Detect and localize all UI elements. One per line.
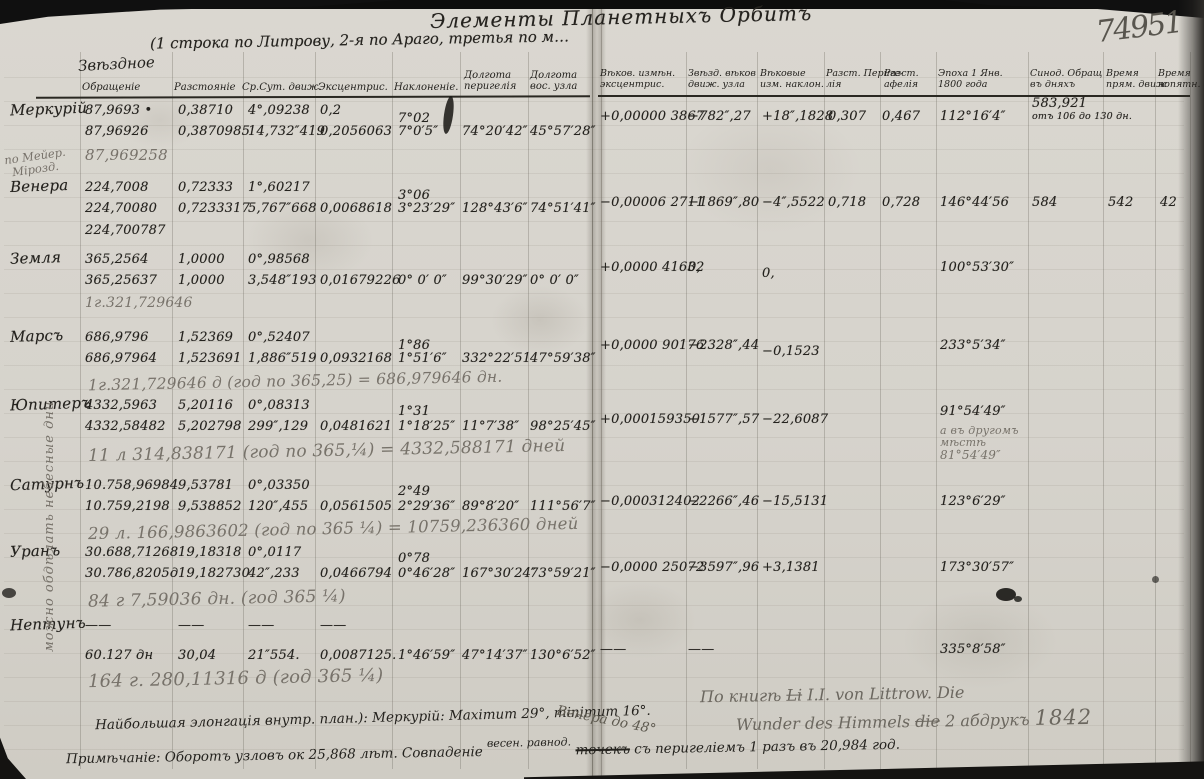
header-line: Синод. Обращ [1030, 68, 1102, 79]
column-header-inclination: Наклоненіе. [394, 82, 458, 93]
header-underline-right [598, 95, 1190, 97]
header-line: Время [1158, 68, 1204, 79]
period-computation-note: 1г.321,729646 д (год по 365,25) = 686,97… [88, 368, 503, 395]
sidereal-period-1: 4332,5963 [85, 398, 157, 413]
header-line: Долгота [530, 70, 577, 81]
sidereal-period-2: 224,70080 [85, 201, 157, 216]
perihelion-longitude: 128°43′6″ [462, 201, 528, 216]
column-header-node-motion: Звѣзд. вѣковдвиж. узла [688, 68, 756, 90]
distance-1: 5,20116 [178, 398, 233, 413]
eccentricity-2: 0,0087125. [320, 648, 396, 663]
source-text: По книгѣ [700, 686, 782, 706]
secular-inclination: 0, [762, 266, 775, 281]
daily-motion-1: 1°,60217 [248, 180, 310, 195]
column-header-daily-motion: Ср.Сут. движ. [242, 82, 322, 93]
ink-blot [996, 588, 1016, 601]
note-text: съ перигеліемъ 1 разъ въ 20,984 год. [634, 737, 900, 758]
daily-motion-2: 3,548″193 [248, 273, 317, 288]
sidereal-period-1: 686,9796 [85, 330, 149, 345]
header-underline-left [36, 95, 590, 98]
header-line: Вѣков. измѣн. [600, 68, 675, 79]
sidereal-period-3: 1г.321,729646 [85, 295, 193, 311]
planet-name: Венера [10, 176, 69, 196]
daily-motion-2: 120″,455 [248, 499, 308, 514]
note-text: Примѣчаніе: Оборотъ узловъ ок 25,868 лѣт… [66, 744, 483, 767]
header-line: Обращеніе [82, 82, 140, 93]
header-line: афелія [884, 79, 919, 90]
source-text: 2 абдрукъ [945, 710, 1030, 730]
node-longitude: 0° 0′ 0″ [530, 273, 579, 288]
perihelion-longitude: 11°7′38″ [462, 419, 519, 434]
ink-blot [1152, 576, 1159, 583]
distance-2: 1,523691 [178, 351, 242, 366]
node-longitude: 74°51′41″ [530, 201, 596, 216]
inclination-1: 2°49 [398, 484, 430, 499]
inclination-1: 0°78 [398, 551, 430, 566]
distance-2: 19,182730 [178, 566, 250, 581]
daily-motion-2: 42″,233 [248, 566, 300, 581]
sidereal-period-1: 30.688,71268 [85, 545, 178, 560]
inclination-2: 1°51′6″ [398, 351, 447, 366]
eccentricity-2: 0,2056063 [320, 124, 392, 139]
scan-edge-bottom-left [0, 733, 26, 779]
header-line: Ср.Сут. движ. [242, 82, 322, 93]
header-line: Вѣковые [760, 68, 824, 79]
eccentricity-2: 0,0466794 [320, 566, 392, 581]
period-computation-note: 29 л. 166,9863602 (год по 365 ¼) = 10759… [88, 514, 579, 543]
secular-inclination: +3,1381 [762, 560, 820, 575]
inclination-2: 0° 0′ 0″ [398, 273, 447, 288]
distance-1: 19,18318 [178, 545, 242, 560]
node-motion: —— [688, 642, 714, 657]
column-header-epoch: Эпоха 1 Янв.1800 года [938, 68, 1003, 90]
node-longitude: 47°59′38″ [530, 351, 596, 366]
sidereal-period-2: 87,96926 [85, 124, 149, 139]
sidereal-period-1: —— [85, 618, 111, 633]
ink-blot [2, 588, 16, 598]
eccentricity-2: 0,0481621 [320, 419, 392, 434]
epoch-alt-value: 81°54′49″ [940, 448, 1001, 462]
source-strikethrough: die [915, 712, 940, 731]
column-header-synodic: Синод. Обращвъ дняхъ [1030, 68, 1102, 90]
scan-edge-bottom-right [524, 757, 1204, 779]
secular-inclination: −15,5131 [762, 494, 828, 509]
source-text: Wunder des Himmels [736, 712, 910, 734]
sidereal-period-1: 87,9693 • [85, 103, 152, 118]
column-header-secular-eccentricity: Вѣков. измѣн.эксцентрис. [600, 68, 675, 90]
node-motion: 0, [688, 260, 701, 275]
header-line: эксцентрис. [600, 79, 675, 90]
perihelion-distance: 0,718 [828, 195, 866, 210]
note-strikethrough: точекъ [575, 741, 630, 758]
epoch-1800: 123°6′29″ [940, 494, 1006, 509]
daily-motion-1: 0°,08313 [248, 398, 310, 413]
epoch-1800: 233°5′34″ [940, 338, 1006, 353]
eccentricity-2: 0,0068618 [320, 201, 392, 216]
note-superscript: весен. равнод. [487, 735, 571, 749]
column-header-secular-inclination: Вѣковыеизм. наклон. [760, 68, 824, 90]
inclination-2: 1°46′59″ [398, 648, 455, 663]
retrograde-motion-time: 42 [1160, 195, 1177, 210]
source-strikethrough: Li [786, 686, 802, 705]
node-longitude: 111°56′7″ [530, 499, 596, 514]
daily-motion-1: 0°,03350 [248, 478, 310, 493]
synodic-period-1: 583,921 [1032, 96, 1087, 111]
distance-2: 0,3870985 [178, 124, 250, 139]
distance-1: 1,52369 [178, 330, 233, 345]
sidereal-period-1: 365,2564 [85, 252, 149, 267]
page-number: 74951 [1094, 5, 1183, 50]
synodic-period-1: 584 [1032, 195, 1057, 210]
daily-motion-2: 1,886″519 [248, 351, 317, 366]
epoch-1800: 100°53′30″ [940, 260, 1014, 275]
node-longitude: 130°6′52″ [530, 648, 596, 663]
sidereal-period-1: 10.758,96984 [85, 478, 178, 493]
node-longitude: 98°25′45″ [530, 419, 596, 434]
scan-edge-right [1178, 0, 1204, 779]
precession-note: Примѣчаніе: Оборотъ узловъ ок 25,868 лѣт… [66, 737, 900, 768]
header-line: Звѣзд. вѣков [688, 68, 756, 79]
column-header-sidereal-big: Звѣздное [78, 53, 156, 75]
sidereal-period-2: 686,97964 [85, 351, 157, 366]
secular-inclination: +18″,1828 [762, 109, 833, 124]
source-reference-line1: По книгѣ Li І.І. von Littrow. Die [700, 683, 965, 707]
daily-motion-1: 0°,52407 [248, 330, 310, 345]
sidereal-period-1: 224,7008 [85, 180, 149, 195]
column-header-aphelion-distance: Разст.афелія [884, 68, 919, 90]
daily-motion-2: 14,732″419 [248, 124, 325, 139]
epoch-1800: 112°16′4″ [940, 109, 1006, 124]
secular-eccentricity: −0,000312402 [600, 494, 700, 509]
header-line: Разст. [884, 68, 919, 79]
period-computation-note: 84 г 7,59036 дн. (год 365 ¼) [88, 586, 346, 611]
distance-1: —— [178, 618, 204, 633]
source-text: І.І. von Littrow. Die [807, 683, 965, 705]
header-line: вос. узла [530, 81, 577, 92]
secular-inclination: −22,6087 [762, 412, 828, 427]
secular-inclination: −0,1523 [762, 344, 820, 359]
secular-inclination: −4″,5522 [762, 195, 825, 210]
node-longitude: 45°57′28″ [530, 124, 596, 139]
daily-motion-2: 5,767″668 [248, 201, 317, 216]
distance-2: 1,0000 [178, 273, 225, 288]
node-motion: −1577″,57 [688, 412, 759, 427]
column-header-eccentricity: Эксцентрис. [318, 82, 388, 93]
header-line: Наклоненіе. [394, 82, 458, 93]
distance-2: 0,7233317 [178, 201, 250, 216]
epoch-1800: 91°54′49″ [940, 404, 1006, 419]
scan-edge-top-left [0, 0, 400, 24]
perihelion-longitude: 332°22′51 [462, 351, 531, 366]
epoch-1800: 335°8′58″ [940, 642, 1006, 657]
column-header-retrograde-time: Времяпопятн. дв. [1158, 68, 1204, 90]
planet-name: Марсъ [10, 326, 64, 346]
header-line: Долгота [464, 70, 516, 81]
perihelion-longitude: 89°8′20″ [462, 499, 519, 514]
perihelion-longitude: 99°30′29″ [462, 273, 528, 288]
header-line: перигелія [464, 81, 516, 92]
column-header-sidereal: Обращеніе [82, 82, 140, 93]
inclination-2: 7°0′5″ [398, 124, 438, 139]
perihelion-longitude: 47°14′37″ [462, 648, 528, 663]
node-motion: −3597″,96 [688, 560, 759, 575]
source-reference-line2: Wunder des Himmels die 2 абдрукъ 1842 [736, 705, 1092, 735]
daily-motion-2: 299″,129 [248, 419, 308, 434]
planet-name: Меркурій [10, 99, 88, 120]
distance-1: 0,38710 [178, 103, 233, 118]
perihelion-distance: 0,307 [828, 109, 866, 124]
header-line: 1800 года [938, 79, 1003, 90]
period-computation-note: 11 л 314,838171 (год по 365,¼) = 4332,58… [88, 436, 566, 466]
perihelion-longitude: 167°30′24″ [462, 566, 536, 581]
node-motion: −2328″,44 [688, 338, 759, 353]
header-line: попятн. дв. [1158, 79, 1204, 90]
inclination-2: 1°18′25″ [398, 419, 455, 434]
secular-eccentricity: —— [600, 642, 626, 657]
eccentricity-2: 0,0932168 [320, 351, 392, 366]
sidereal-period-2: 365,25637 [85, 273, 157, 288]
sidereal-period-2: 30.786,8205д [85, 566, 178, 581]
ink-blot [1014, 596, 1022, 602]
header-line: изм. наклон. [760, 79, 824, 90]
eccentricity-1: 0,2 [320, 103, 341, 118]
sidereal-period-2: 60.127 дн [85, 648, 153, 663]
node-motion: −782″,27 [688, 109, 751, 124]
daily-motion-1: —— [248, 618, 274, 633]
margin-vertical-note: можно обдѣлать небесные дни [42, 372, 57, 652]
daily-motion-1: 0°,0117 [248, 545, 301, 560]
page-subtitle: (1 строка по Литрову, 2-я по Араго, трет… [150, 27, 569, 52]
period-computation-note: 164 г. 280,11316 д (год 365 ¼) [88, 665, 384, 692]
synodic-period-2: отъ 106 до 130 дн. [1032, 111, 1132, 122]
daily-motion-1: 4°,09238 [248, 103, 310, 118]
node-motion: −1869″,80 [688, 195, 759, 210]
distance-1: 1,0000 [178, 252, 225, 267]
header-line: Разстояніе [174, 82, 236, 93]
node-motion: −2266″,46 [688, 494, 759, 509]
eccentricity-2: 0,0561505 [320, 499, 392, 514]
header-line: движ. узла [688, 79, 756, 90]
ink-blot [441, 96, 455, 135]
distance-2: 5,202798 [178, 419, 242, 434]
eccentricity-1: —— [320, 618, 346, 633]
node-longitude: 73°59′21″ [530, 566, 596, 581]
direct-motion-time: 542 [1108, 195, 1133, 210]
sidereal-period-2: 10.759,2198 [85, 499, 170, 514]
epoch-1800: 173°30′57″ [940, 560, 1014, 575]
epoch-1800: 146°44′56 [940, 195, 1009, 210]
distance-1: 9,53781 [178, 478, 233, 493]
header-line: Эпоха 1 Янв. [938, 68, 1003, 79]
daily-motion-2: 21″554. [248, 648, 300, 663]
inclination-1: 1°31 [398, 404, 430, 419]
column-header-node-longitude: Долготавос. узла [530, 70, 577, 92]
column-header-distance: Разстояніе [174, 82, 236, 93]
perihelion-longitude: 74°20′42″ [462, 124, 528, 139]
eccentricity-2: 0,01679226 [320, 273, 401, 288]
column-header-perihelion-longitude: Долготаперигелія [464, 70, 516, 92]
inclination-2: 2°29′36″ [398, 499, 455, 514]
secular-eccentricity: +0,000159350 [600, 412, 700, 427]
scanned-notebook-page: Элементы Планетныхъ Орбитъ (1 строка по … [0, 0, 1204, 779]
distance-2: 30,04 [178, 648, 216, 663]
inclination-2: 3°23′29″ [398, 201, 455, 216]
sidereal-period-3: 87,969258 [85, 146, 168, 164]
distance-2: 9,538852 [178, 499, 242, 514]
planet-name: Земля [10, 248, 62, 268]
source-year: 1842 [1034, 705, 1092, 730]
sidereal-period-2: 4332,58482 [85, 419, 166, 434]
daily-motion-1: 0°,98568 [248, 252, 310, 267]
sidereal-period-3: 224,700787 [85, 223, 166, 238]
header-line: въ дняхъ [1030, 79, 1102, 90]
header-line: Эксцентрис. [318, 82, 388, 93]
inclination-2: 0°46′28″ [398, 566, 455, 581]
distance-1: 0,72333 [178, 180, 233, 195]
aphelion-distance: 0,467 [882, 109, 920, 124]
aphelion-distance: 0,728 [882, 195, 920, 210]
